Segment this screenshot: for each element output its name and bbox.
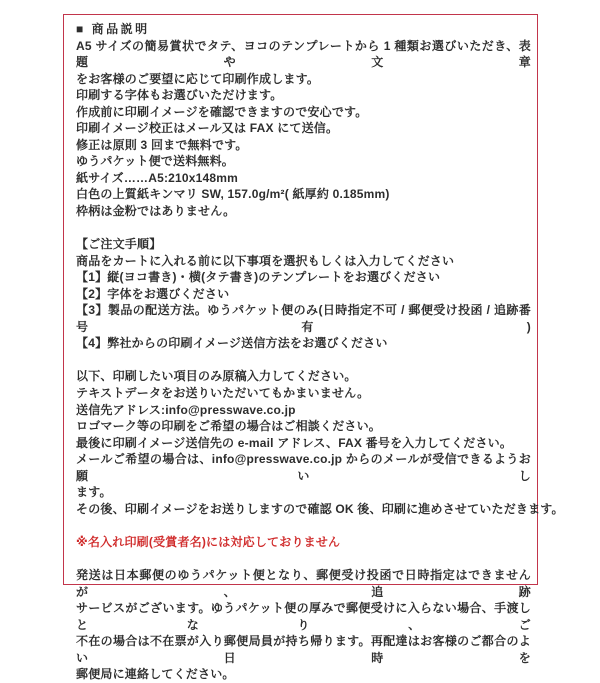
text-line: 最後に印刷イメージ送信先の e-mail アドレス、FAX 番号を入力してくださ…	[76, 435, 531, 452]
warning-note: ※名入れ印刷(受賞者名)には対応しておりません	[76, 534, 531, 551]
text-line: 商品をカートに入れる前に以下事項を選択もしくは入力してください	[76, 253, 531, 270]
text-line: 以下、印刷したい項目のみ原稿入力してください。	[76, 368, 531, 385]
text-line: メールご希望の場合は、info@presswave.co.jp からのメールが受…	[76, 451, 531, 484]
blank-line	[76, 220, 531, 237]
text-line: 作成前に印刷イメージを確認できますので安心です。	[76, 104, 531, 121]
product-description-panel: ■ 商品説明A5 サイズの簡易賞状でタテ、ヨコのテンプレートから 1 種類お選び…	[63, 14, 538, 585]
text-line: ゆうパケット便で送料無料。	[76, 153, 531, 170]
text-line: 印刷する字体もお選びいただけます。	[76, 87, 531, 104]
section-heading: ■ 商品説明	[76, 21, 531, 38]
text-line: テキストデータをお送りいただいてもかまいません。	[76, 385, 531, 402]
text-line: をお客様のご要望に応じて印刷作成します。	[76, 71, 531, 88]
text-line: ロゴマーク等の印刷をご希望の場合はご相談ください。	[76, 418, 531, 435]
text-line: 枠柄は金粉ではありません。	[76, 203, 531, 220]
text-line: 【2】字体をお選びください	[76, 286, 531, 303]
text-line: 【4】弊社からの印刷イメージ送信方法をお選びください	[76, 335, 531, 352]
text-line: 送信先アドレス:info@presswave.co.jp	[76, 402, 531, 419]
text-line: 印刷イメージ校正はメール又は FAX にて送信。	[76, 120, 531, 137]
text-line: 紙サイズ……A5:210x148mm	[76, 170, 531, 187]
text-line: 【3】製品の配送方法。ゆうパケット便のみ(日時指定不可 / 郵便受け投函 / 追…	[76, 302, 531, 335]
text-line: 【1】縦(ヨコ書き)・横(タテ書き)のテンプレートをお選びください	[76, 269, 531, 286]
text-line: 発送は日本郵便のゆうパケット便となり、郵便受け投函で日時指定はできませんが、追跡	[76, 567, 531, 600]
blank-line	[76, 551, 531, 568]
blank-line	[76, 352, 531, 369]
text-line: A5 サイズの簡易賞状でタテ、ヨコのテンプレートから 1 種類お選びいただき、表…	[76, 38, 531, 71]
text-line: その後、印刷イメージをお送りしますので確認 OK 後、印刷に進めさせていただきま…	[76, 501, 531, 518]
text-line: 白色の上質紙キンマリ SW, 157.0g/m²( 紙厚約 0.185mm)	[76, 186, 531, 203]
text-line: 修正は原則 3 回まで無料です。	[76, 137, 531, 154]
text-line: ます。	[76, 484, 531, 501]
blank-line	[76, 517, 531, 534]
text-line: 【ご注文手順】	[76, 236, 531, 253]
document-body: ■ 商品説明A5 サイズの簡易賞状でタテ、ヨコのテンプレートから 1 種類お選び…	[76, 21, 531, 580]
